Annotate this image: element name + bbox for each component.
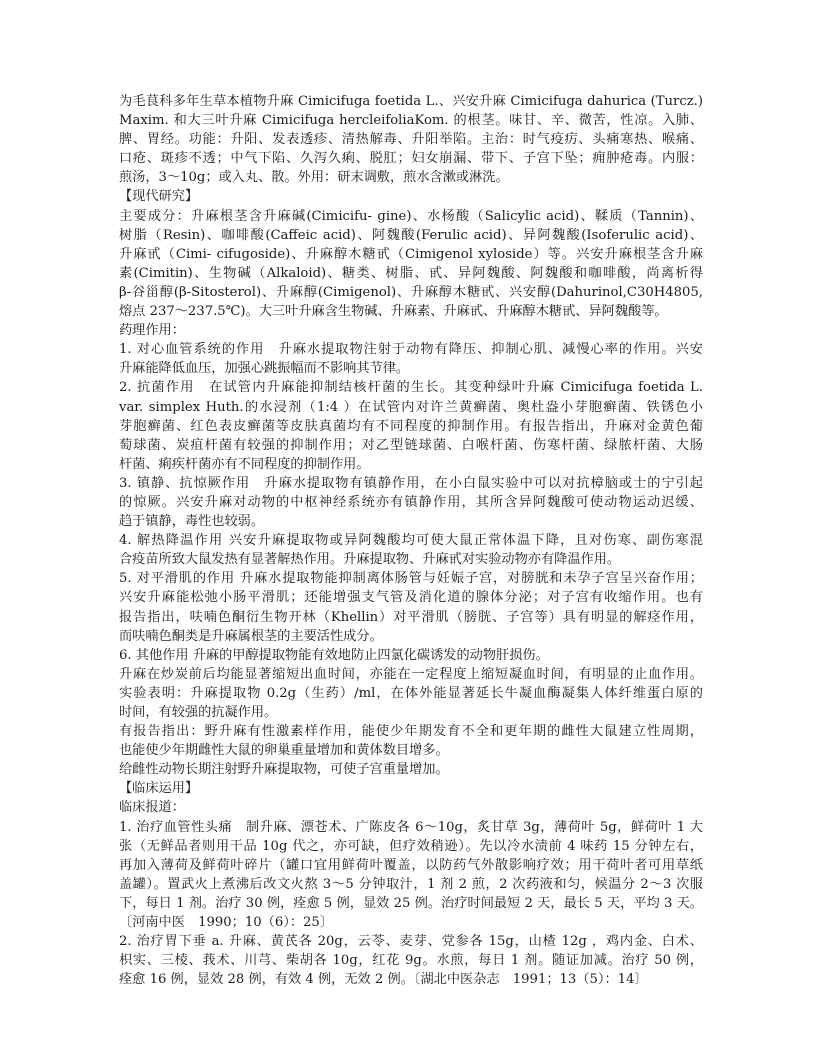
pharmacology-item-5: 兴安升麻能松弛小肠平滑肌；还能增强支气管及消化道的腺体分泌；对子宫有收缩作用。也… <box>119 588 703 607</box>
pharmacology-item-6: 6. 其他作用 升麻的甲醇提取物能有效地防止四氯化碳诱发的动物肝损伤。 <box>119 646 709 665</box>
section-heading-modern-research: 【现代研究】 <box>119 187 709 206</box>
clinical-item-1: 下，每日 1 剂。治疗 30 例，痊愈 5 例，显效 25 例。治疗时间最短 2… <box>119 894 703 913</box>
clinical-item-2: 枳实、三棱、莪术、川芎、柴胡各 10g，红花 9g。水煎，每日 1 剂。随证加减… <box>119 951 703 970</box>
clinical-item-2: 痊愈 16 例，显效 28 例，有效 4 例，无效 2 例。〔湖北中医杂志 19… <box>119 970 709 989</box>
pharmacology-item-4: 4. 解热降温作用 兴安升麻提取物或异阿魏酸均可使大鼠正常体温下降，且对伤寒、副… <box>119 531 703 550</box>
clinical-item-1: 再加入薄荷及鲜荷叶碎片（罐口宜用鲜荷叶覆盖，以防药气外散影响疗效；用干荷叶者可用… <box>119 856 703 875</box>
clinical-item-1: 盖罐）。置武火上煮沸后改文火熬 3～5 分钟取汁，1 剂 2 煎，2 次药液和匀… <box>119 875 703 894</box>
intro-line: Maxim. 和大三叶升麻 Cimicifuga hercleifoliaKom… <box>119 111 703 130</box>
pharmacology-item-2: 2. 抗菌作用 在试管内升麻能抑制结核杆菌的生长。其变种绿叶升麻 Cimicif… <box>119 378 703 397</box>
composition-line: 主要成分：升麻根茎含升麻碱(Cimicifu- gine)、水杨酸（Salicy… <box>119 207 703 226</box>
pharmacology-heading: 药理作用： <box>119 321 709 340</box>
anticoagulant-paragraph: 实验表明：升麻提取物 0.2g（生药）/ml，在体外能显著延长牛凝血酶凝集人体纤… <box>119 684 703 703</box>
section-heading-clinical-use: 【临床运用】 <box>119 779 709 798</box>
document-page: 为毛茛科多年生草本植物升麻 Cimicifuga foetida L.、兴安升麻… <box>119 92 709 989</box>
clinical-reports-heading: 临床报道： <box>119 798 709 817</box>
hormone-paragraph: 有报告指出：野升麻有性激素样作用，能使少年期发育不全和更年期的雌性大鼠建立性周期… <box>119 722 703 741</box>
pharmacology-item-1: 1. 对心血管系统的作用 升麻水提取物注射于动物有降压、抑制心肌、减慢心率的作用… <box>119 340 703 359</box>
pharmacology-item-5: 而呋喃色酮类是升麻属根茎的主要活性成分。 <box>119 627 709 646</box>
anticoagulant-paragraph: 时间，有较强的抗凝作用。 <box>119 703 709 722</box>
pharmacology-item-2: 萄球菌、炭疽杆菌有较强的抑制作用；对乙型链球菌、白喉杆菌、伤寒杆菌、绿脓杆菌、大… <box>119 436 703 455</box>
pharmacology-item-2: 芽胞癣菌、红色表皮癣菌等皮肤真菌均有不同程度的抑制作用。有报告指出，升麻对金黄色… <box>119 417 703 436</box>
hemostasis-paragraph: 升麻在炒炭前后均能显著缩短出血时间，亦能在一定程度上缩短凝血时间，有明显的止血作… <box>119 665 703 684</box>
uterus-paragraph: 给雌性动物长期注射野升麻提取物，可使子宫重量增加。 <box>119 760 709 779</box>
pharmacology-item-2: 杆菌、痢疾杆菌亦有不同程度的抑制作用。 <box>119 455 709 474</box>
intro-line: 口疮、斑疹不透；中气下陷、久泻久痢、脱肛；妇女崩漏、带下、子宫下坠；痈肿疮毒。内… <box>119 149 703 168</box>
hormone-paragraph: 也能使少年期雌性大鼠的卵巢重量增加和黄体数目增多。 <box>119 741 709 760</box>
clinical-item-2: 2. 治疗胃下垂 a. 升麻、黄芪各 20g，云苓、麦芽、党参各 15g，山楂 … <box>119 932 703 951</box>
composition-line: 素(Cimitin)、生物碱（Alkaloid)、糖类、树脂、甙、异阿魏酸、阿魏… <box>119 264 703 283</box>
clinical-item-1: 1. 治疗血管性头痛 制升麻、漂苍术、广陈皮各 6～10g，炙甘草 3g，薄荷叶… <box>119 818 703 837</box>
pharmacology-item-3: 的惊厥。兴安升麻对动物的中枢神经系统亦有镇静作用，其所含异阿魏酸可使动物运动迟缓… <box>119 493 703 512</box>
pharmacology-item-2: var. simplex Huth.的水浸剂（1:4 ）在试管内对许兰黄癣菌、奥… <box>119 398 703 417</box>
composition-line: 熔点 237～237.5℃)。大三叶升麻含生物碱、升麻素、升麻甙、升麻醇木糖甙、… <box>119 302 709 321</box>
intro-line: 煎汤，3～10g；或入丸、散。外用：研末调敷，煎水含漱或淋洗。 <box>119 168 709 187</box>
pharmacology-item-1: 升麻能降低血压，加强心跳振幅而不影响其节律。 <box>119 359 709 378</box>
composition-line: 升麻甙（Cimi- cifugoside)、升麻醇木糖甙（Cimigenol x… <box>119 245 703 264</box>
composition-line: 树脂（Resin)、咖啡酸(Caffeic acid)、阿魏酸(Ferulic … <box>119 226 703 245</box>
pharmacology-item-3: 3. 镇静、抗惊厥作用 升麻水提取物有镇静作用，在小白鼠实验中可以对抗樟脑或士的… <box>119 474 703 493</box>
pharmacology-item-4: 合疫苗所致大鼠发热有显著解热作用。升麻提取物、升麻甙对实验动物亦有降温作用。 <box>119 550 709 569</box>
pharmacology-item-3: 趋于镇静，毒性也较弱。 <box>119 512 709 531</box>
intro-line: 脾、胃经。功能：升阳、发表透疹、清热解毒、升阳举陷。主治：时气疫疠、头痛寒热、喉… <box>119 130 703 149</box>
clinical-item-1-citation: 〔河南中医 1990；10（6）：25〕 <box>119 913 709 932</box>
pharmacology-item-5: 报告指出，呋喃色酮衍生物开林（Khellin）对平滑肌（膀胱、子宫等）具有明显的… <box>119 608 703 627</box>
pharmacology-item-5: 5. 对平滑肌的作用 升麻水提取物能抑制离体肠管与妊娠子宫，对膀胱和未孕子宫呈兴… <box>119 569 703 588</box>
intro-line: 为毛茛科多年生草本植物升麻 Cimicifuga foetida L.、兴安升麻… <box>119 92 703 111</box>
composition-line: β-谷甾醇(β-Sitosterol)、升麻醇(Cimigenol)、升麻醇木糖… <box>119 283 703 302</box>
clinical-item-1: 张（无鲜品者则用干品 10g 代之，亦可缺，但疗效稍逊）。先以冷水渍前 4 味药… <box>119 837 703 856</box>
